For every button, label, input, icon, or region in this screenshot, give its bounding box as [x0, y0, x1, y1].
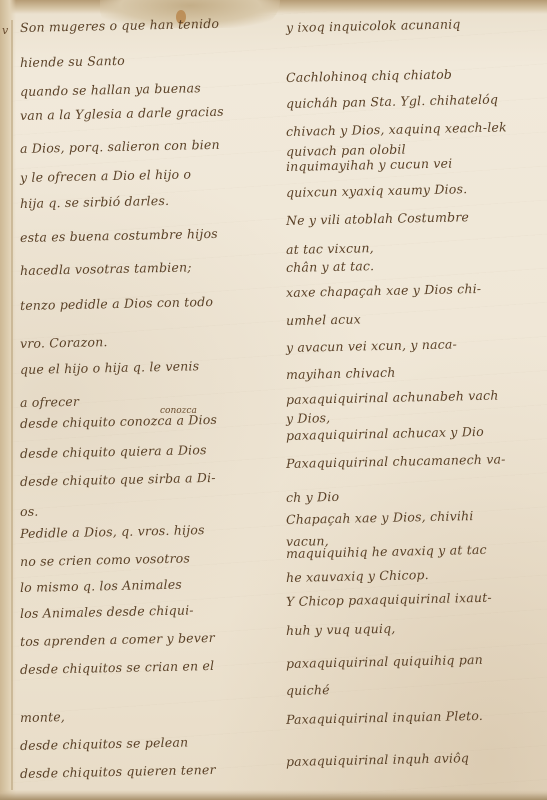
kiche-line: ch y Dio	[286, 489, 340, 505]
kiche-line: huh y vuq uquiq,	[286, 621, 396, 638]
interlinear-correction: conozca	[160, 406, 197, 416]
spanish-line: a ofrecer	[20, 394, 79, 410]
kiche-line: umhel acux	[286, 311, 361, 328]
kiche-line: at tac vixcun,	[286, 240, 374, 257]
binding-fold-line	[11, 20, 13, 790]
spanish-line: monte,	[20, 709, 65, 725]
kiche-line: y Dios,	[286, 410, 331, 426]
bottom-edge-stain	[0, 790, 547, 800]
kiche-line: he xauvaxiq y Chicop.	[286, 567, 429, 585]
binding-edge	[0, 0, 16, 800]
margin-mark: v	[2, 24, 8, 37]
kiche-line: chân y at tac.	[286, 258, 375, 275]
spanish-line: vro. Corazon.	[20, 334, 108, 351]
spanish-line: hiende su Santo	[20, 53, 125, 70]
spanish-line: os.	[20, 504, 39, 519]
kiche-line: mayihan chivach	[286, 365, 396, 382]
kiche-line: quiché	[286, 682, 330, 698]
spanish-line: hija q. se sirbió darles.	[20, 193, 169, 211]
manuscript-page: v Son mugeres o que han tenidohiende su …	[0, 0, 547, 800]
